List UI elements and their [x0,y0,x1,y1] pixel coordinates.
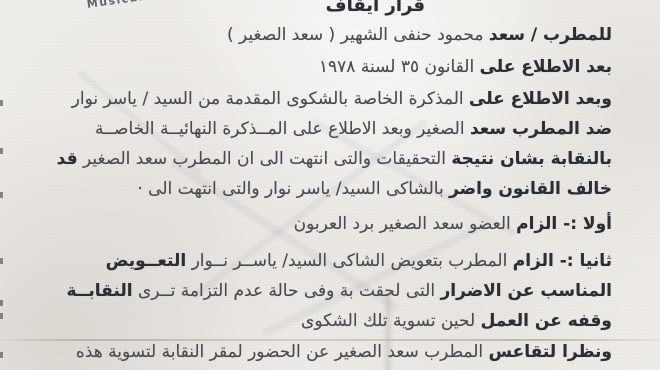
text-line: المناسب عن الاضرار التى لحقت بة وفى حالة… [66,280,612,302]
text-segment: وقفه عن العمل [481,311,612,331]
text-segment: النقابــة [66,281,132,301]
text-segment: التى لحقت بة وفى حالة عدم التزامة تــرى [133,281,441,301]
scan-edge-artifact [0,313,3,319]
text-line: بعد الاطلاع على القانون ٣٥ لسنة ١٩٧٨ [319,56,612,78]
text-segment: ثانيا :- الزام [513,251,612,271]
text-line: وقفه عن العمل لحين تسوية تلك الشكوى [301,310,612,332]
text-segment: للمطرب / سعد [489,25,612,45]
letterhead-stamp-text: Musicans Sy [86,0,180,11]
text-segment: المناسب عن الاضرار [441,281,613,301]
scan-edge-artifact [0,192,3,198]
text-segment: المطرب بتعويض الشاكى السيد/ ياســر نــوا… [186,251,513,271]
text-line: ونظرا لتقاعس المطرب سعد الصغير عن الحضور… [76,341,612,363]
text-line: أولا :- الزام العضو سعد الصغير برد العرب… [294,213,612,235]
text-segment: العضو سعد الصغير برد العربون [294,214,517,234]
scan-edge-artifact [0,300,3,306]
text-segment: ضد المطرب سعد [470,119,612,139]
scan-edge-artifact [0,352,3,358]
text-segment: بالنقابة بشان نتيجة [451,149,612,169]
text-segment: التحقيقات والتى انتهت الى ان المطرب سعد … [78,149,452,169]
text-segment: وبعد الاطلاع على [469,89,612,109]
text-segment: المذكرة الخاصة بالشكوى المقدمة من السيد … [72,89,469,109]
scan-edge-artifact [0,148,3,154]
text-segment: التعــويض [106,251,187,271]
document-title: قرار ايقاف [326,0,425,16]
text-segment: المطرب سعد الصغير عن الحضور لمقر النقابة… [76,342,489,362]
text-line: خالف القانون واضر بالشاكى السيد/ ياسر نو… [137,178,612,200]
text-segment: أولا :- الزام [516,214,612,234]
text-segment: بالشاكى السيد/ ياسر نوار والتى انتهت الى… [137,179,449,199]
text-segment: لحين تسوية تلك الشكوى [301,311,481,331]
text-segment: قد [57,149,78,169]
text-segment: القانون ٣٥ لسنة ١٩٧٨ [319,57,480,77]
text-line: ثانيا :- الزام المطرب بتعويض الشاكى السي… [106,250,612,272]
scan-edge-artifact [0,100,3,106]
text-segment: محمود حنفى الشهير ( سعد الصغير ) [227,25,489,45]
text-line: للمطرب / سعد محمود حنفى الشهير ( سعد الص… [227,24,612,46]
text-line: وبعد الاطلاع على المذكرة الخاصة بالشكوى … [72,88,612,110]
text-segment: خالف القانون واضر [449,179,612,199]
text-segment: ونظرا لتقاعس [489,342,612,362]
text-line: ضد المطرب سعد الصغير وبعد الاطلاع على ال… [95,118,612,140]
scan-edge-artifact [0,258,3,264]
document-page: Musicans Sy قرار ايقاف للمطرب / سعد محمو… [0,0,660,370]
text-segment: بعد الاطلاع على [480,57,612,77]
text-line: بالنقابة بشان نتيجة التحقيقات والتى انته… [57,148,612,170]
text-segment: الصغير وبعد الاطلاع على المــذكرة النهائ… [95,119,470,139]
